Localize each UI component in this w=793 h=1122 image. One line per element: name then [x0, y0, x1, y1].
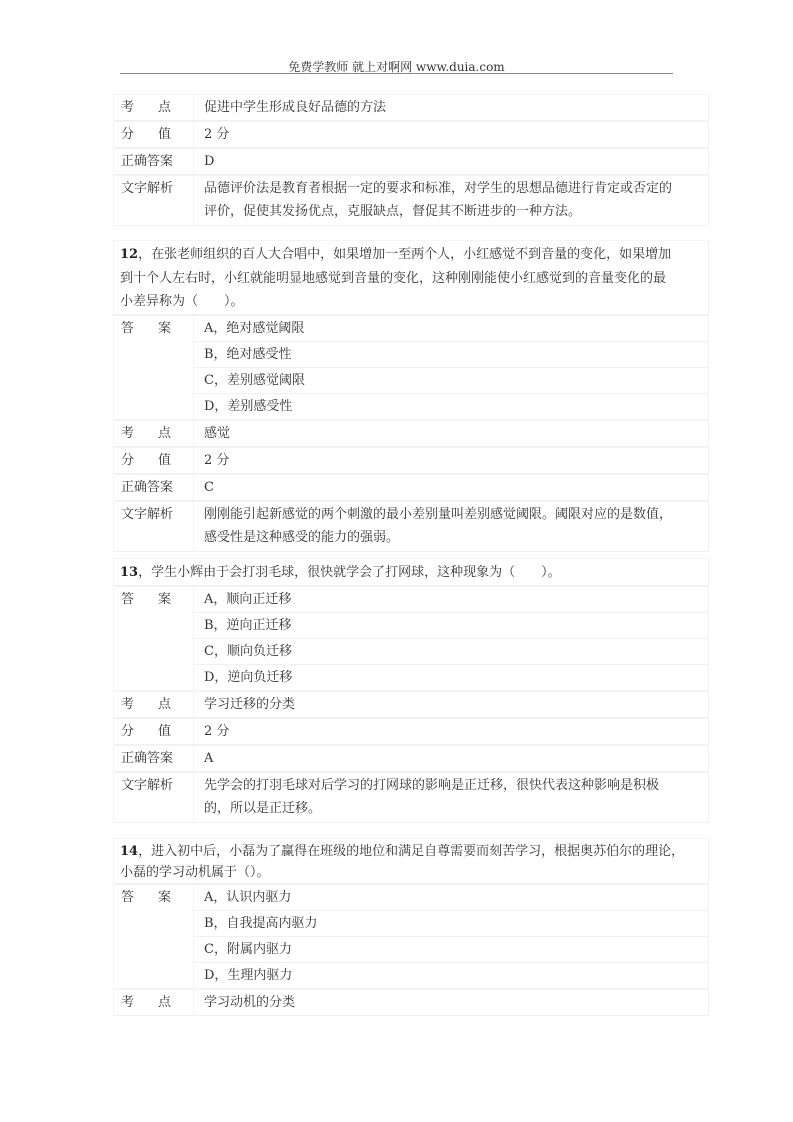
- option-c: C，附属内驱力: [194, 937, 708, 963]
- option-d: D，差别感受性: [194, 394, 708, 419]
- answer-label: 答案: [114, 316, 193, 341]
- topic-value: 学习动机的分类: [194, 990, 708, 1015]
- topic-value: 学习迁移的分类: [194, 692, 708, 717]
- explanation-label: 文字解析: [114, 773, 194, 822]
- option-b: B，绝对感受性: [194, 342, 708, 368]
- correct-answer-label: 正确答案: [114, 746, 194, 771]
- option-a: A，认识内驱力: [194, 885, 708, 911]
- score-value: 2 分: [194, 719, 708, 744]
- correct-answer-row: 正确答案 D: [113, 148, 709, 175]
- explanation-value: 刚刚能引起新感觉的两个刺激的最小差别量叫差别感觉阈限。阈限对应的是数值， 感受性…: [194, 502, 708, 551]
- correct-answer-value: D: [194, 149, 708, 174]
- correct-answer-label: 正确答案: [114, 149, 194, 174]
- topic-row: 考点 学习动机的分类: [113, 989, 709, 1016]
- explanation-row: 文字解析 刚刚能引起新感觉的两个刺激的最小差别量叫差别感觉阈限。阈限对应的是数值…: [113, 501, 709, 552]
- topic-label: 考点: [114, 990, 194, 1015]
- answer-options: 答案 A，认识内驱力 B，自我提高内驱力 C，附属内驱力 D，生理内驱力: [113, 884, 709, 989]
- score-value: 2 分: [194, 448, 708, 473]
- option-c: C，差别感觉阈限: [194, 368, 708, 394]
- question-number: 13: [120, 565, 138, 580]
- score-value: 2 分: [194, 122, 708, 147]
- score-label: 分值: [114, 719, 194, 744]
- correct-answer-value: A: [194, 746, 708, 771]
- score-row: 分值 2 分: [113, 447, 709, 474]
- option-b: B，自我提高内驱力: [194, 911, 708, 937]
- explanation-label: 文字解析: [114, 502, 194, 551]
- question-14: 14，进入初中后，小磊为了赢得在班级的地位和满足自尊需要而刻苦学习，根据奥苏伯尔…: [113, 838, 709, 1016]
- question-stem: 12，在张老师组织的百人大合唱中，如果增加一至两个人，小红感觉不到音量的变化，如…: [113, 240, 709, 315]
- correct-answer-row: 正确答案 A: [113, 745, 709, 772]
- answer-options: 答案 A，绝对感觉阈限 B，绝对感受性 C，差别感觉阈限 D，差别感受性: [113, 315, 709, 420]
- option-b: B，逆向正迁移: [194, 613, 708, 639]
- explanation-row: 文字解析 先学会的打羽毛球对后学习的打网球的影响是正迁移，很快代表这种影响是积极…: [113, 772, 709, 823]
- option-c: C，顺向负迁移: [194, 639, 708, 665]
- topic-row: 考点 感觉: [113, 420, 709, 447]
- correct-answer-row: 正确答案 C: [113, 474, 709, 501]
- score-label: 分值: [114, 122, 194, 147]
- option-a: A，绝对感觉阈限: [194, 316, 708, 342]
- answer-options: 答案 A，顺向正迁移 B，逆向正迁移 C，顺向负迁移 D，逆向负迁移: [113, 586, 709, 691]
- topic-label: 考点: [114, 692, 194, 717]
- option-a: A，顺向正迁移: [194, 587, 708, 613]
- explanation-row: 文字解析 品德评价法是教育者根据一定的要求和标准，对学生的思想品德进行肯定或否定…: [113, 175, 709, 226]
- topic-label: 考点: [114, 95, 194, 120]
- score-row: 分值 2 分: [113, 718, 709, 745]
- answer-label: 答案: [114, 587, 193, 612]
- topic-value: 感觉: [194, 421, 708, 446]
- question-11-details: 考点 促进中学生形成良好品德的方法 分值 2 分 正确答案 D 文字解析 品德评…: [113, 94, 709, 226]
- question-stem: 14，进入初中后，小磊为了赢得在班级的地位和满足自尊需要而刻苦学习，根据奥苏伯尔…: [113, 838, 709, 884]
- answer-label: 答案: [114, 885, 193, 910]
- score-row: 分值 2 分: [113, 121, 709, 148]
- correct-answer-value: C: [194, 475, 708, 500]
- explanation-value: 品德评价法是教育者根据一定的要求和标准，对学生的思想品德进行肯定或否定的 评价，…: [194, 176, 708, 225]
- explanation-value: 先学会的打羽毛球对后学习的打网球的影响是正迁移，很快代表这种影响是积极 的，所以…: [194, 773, 708, 822]
- question-number: 12: [120, 247, 138, 262]
- question-number: 14: [120, 844, 138, 859]
- topic-label: 考点: [114, 421, 194, 446]
- question-12: 12，在张老师组织的百人大合唱中，如果增加一至两个人，小红感觉不到音量的变化，如…: [113, 240, 709, 552]
- header-rule: [120, 73, 673, 74]
- question-13: 13，学生小辉由于会打羽毛球，很快就学会了打网球，这种现象为（ ）。 答案 A，…: [113, 558, 709, 823]
- question-stem: 13，学生小辉由于会打羽毛球，很快就学会了打网球，这种现象为（ ）。: [113, 558, 709, 586]
- explanation-label: 文字解析: [114, 176, 194, 225]
- correct-answer-label: 正确答案: [114, 475, 194, 500]
- topic-row: 考点 学习迁移的分类: [113, 691, 709, 718]
- score-label: 分值: [114, 448, 194, 473]
- topic-value: 促进中学生形成良好品德的方法: [194, 95, 708, 120]
- option-d: D，生理内驱力: [194, 963, 708, 988]
- option-d: D，逆向负迁移: [194, 665, 708, 690]
- topic-row: 考点 促进中学生形成良好品德的方法: [113, 94, 709, 121]
